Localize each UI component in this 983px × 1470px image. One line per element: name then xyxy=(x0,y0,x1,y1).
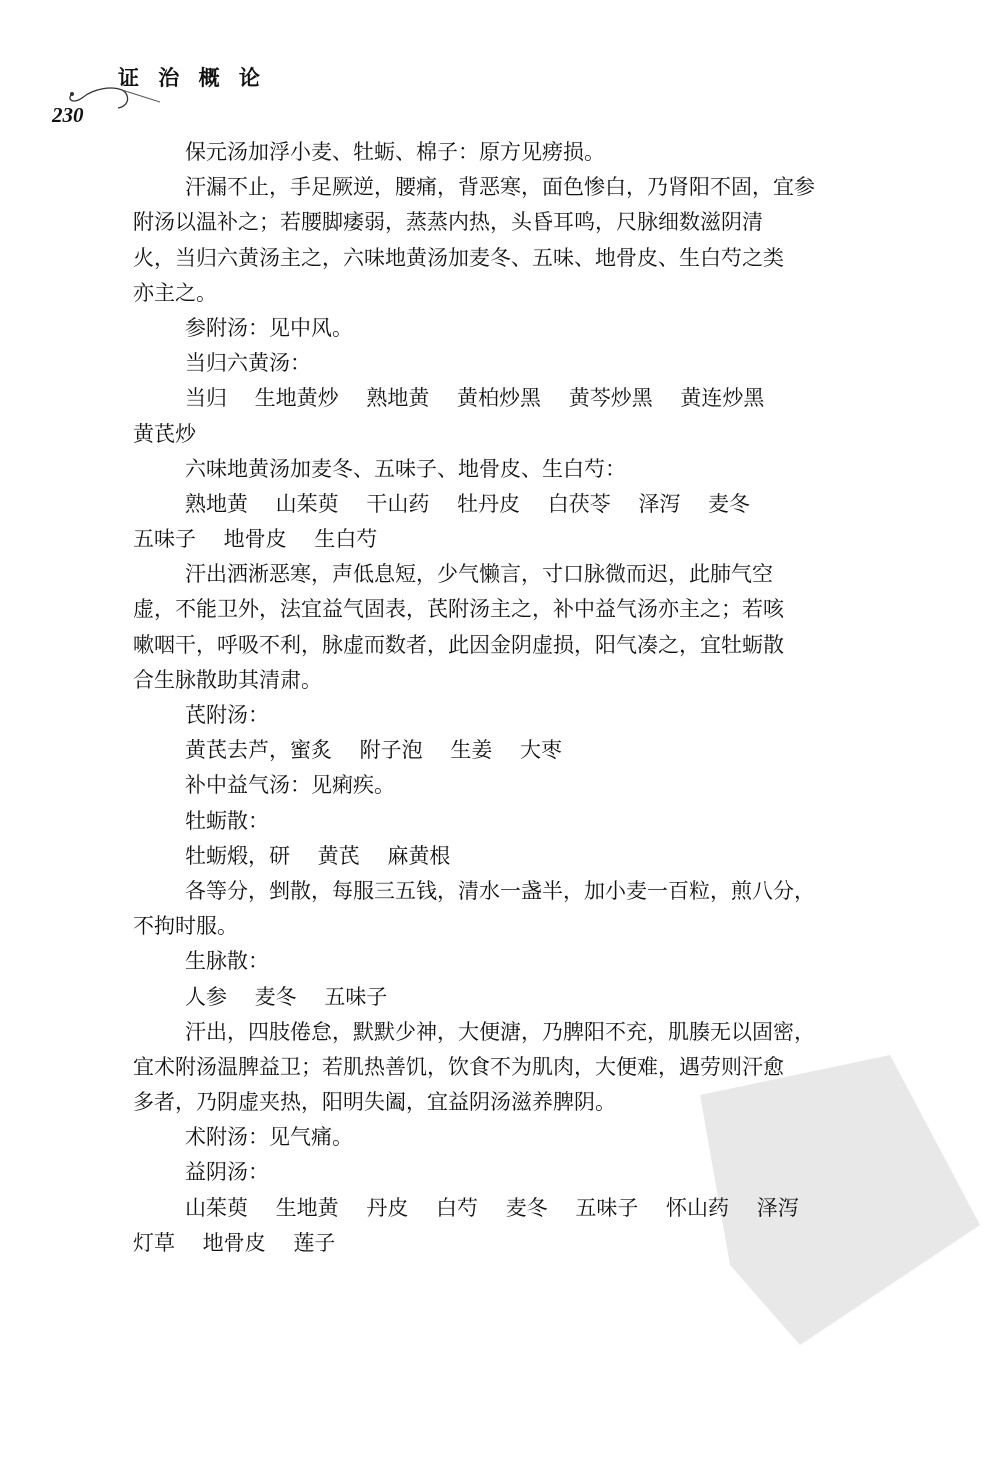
text-line: 保元汤加浮小麦、牡蛎、棉子：原方见痨损。 xyxy=(133,135,905,170)
text-line: 合生脉散助其清肃。 xyxy=(133,663,905,698)
document-body: 保元汤加浮小麦、牡蛎、棉子：原方见痨损。 汗漏不止，手足厥逆，腰痛，背恶寒，面色… xyxy=(133,135,905,1261)
text-line: 参附汤：见中风。 xyxy=(133,311,905,346)
text-line: 亦主之。 xyxy=(133,276,905,311)
text-line: 牡蛎散： xyxy=(133,804,905,839)
text-line: 不拘时服。 xyxy=(133,909,905,944)
text-line: 多者，乃阴虚夹热，阳明失阖，宜益阴汤滋养脾阴。 xyxy=(133,1085,905,1120)
text-line: 汗漏不止，手足厥逆，腰痛，背恶寒，面色惨白，乃肾阳不固，宜参 xyxy=(133,170,905,205)
herb-list: 黄芪炒 xyxy=(133,417,905,452)
text-line: 附汤以温补之；若腰脚痿弱，蒸蒸内热，头昏耳鸣，尺脉细数滋阴清 xyxy=(133,205,905,240)
text-line: 生脉散： xyxy=(133,944,905,979)
text-line: 六味地黄汤加麦冬、五味子、地骨皮、生白芍： xyxy=(133,452,905,487)
text-line: 宜术附汤温脾益卫；若肌热善饥，饮食不为肌肉，大便难，遇劳则汗愈 xyxy=(133,1050,905,1085)
herb-list: 黄芪去芦，蜜炙 附子泡 生姜 大枣 xyxy=(133,733,905,768)
herb-list: 牡蛎煅，研 黄芪 麻黄根 xyxy=(133,839,905,874)
text-line: 益阴汤： xyxy=(133,1155,905,1190)
text-line: 术附汤：见气痛。 xyxy=(133,1120,905,1155)
text-line: 汗出，四肢倦怠，默默少神，大便溏，乃脾阳不充，肌腠无以固密， xyxy=(133,1015,905,1050)
text-line: 虚，不能卫外，法宜益气固表，芪附汤主之，补中益气汤亦主之；若咳 xyxy=(133,592,905,627)
text-line: 火，当归六黄汤主之，六味地黄汤加麦冬、五味、地骨皮、生白芍之类 xyxy=(133,241,905,276)
text-line: 各等分，剉散，每服三五钱，清水一盏半，加小麦一百粒，煎八分， xyxy=(133,874,905,909)
herb-list: 灯草 地骨皮 莲子 xyxy=(133,1226,905,1261)
page-number: 230 xyxy=(52,103,84,128)
herb-list: 五味子 地骨皮 生白芍 xyxy=(133,522,905,557)
text-line: 当归六黄汤： xyxy=(133,346,905,381)
herb-list: 人参 麦冬 五味子 xyxy=(133,980,905,1015)
herb-list: 当归 生地黄炒 熟地黄 黄柏炒黑 黄芩炒黑 黄连炒黑 xyxy=(133,381,905,416)
text-line: 汗出洒淅恶寒，声低息短，少气懒言，寸口脉微而迟，此肺气空 xyxy=(133,557,905,592)
text-line: 芪附汤： xyxy=(133,698,905,733)
text-line: 嗽咽干，呼吸不利，脉虚而数者，此因金阴虚损，阳气凑之，宜牡蛎散 xyxy=(133,628,905,663)
herb-list: 山茱萸 生地黄 丹皮 白芍 麦冬 五味子 怀山药 泽泻 xyxy=(133,1191,905,1226)
text-line: 补中益气汤：见痢疾。 xyxy=(133,768,905,803)
herb-list: 熟地黄 山茱萸 干山药 牡丹皮 白茯苓 泽泻 麦冬 xyxy=(133,487,905,522)
